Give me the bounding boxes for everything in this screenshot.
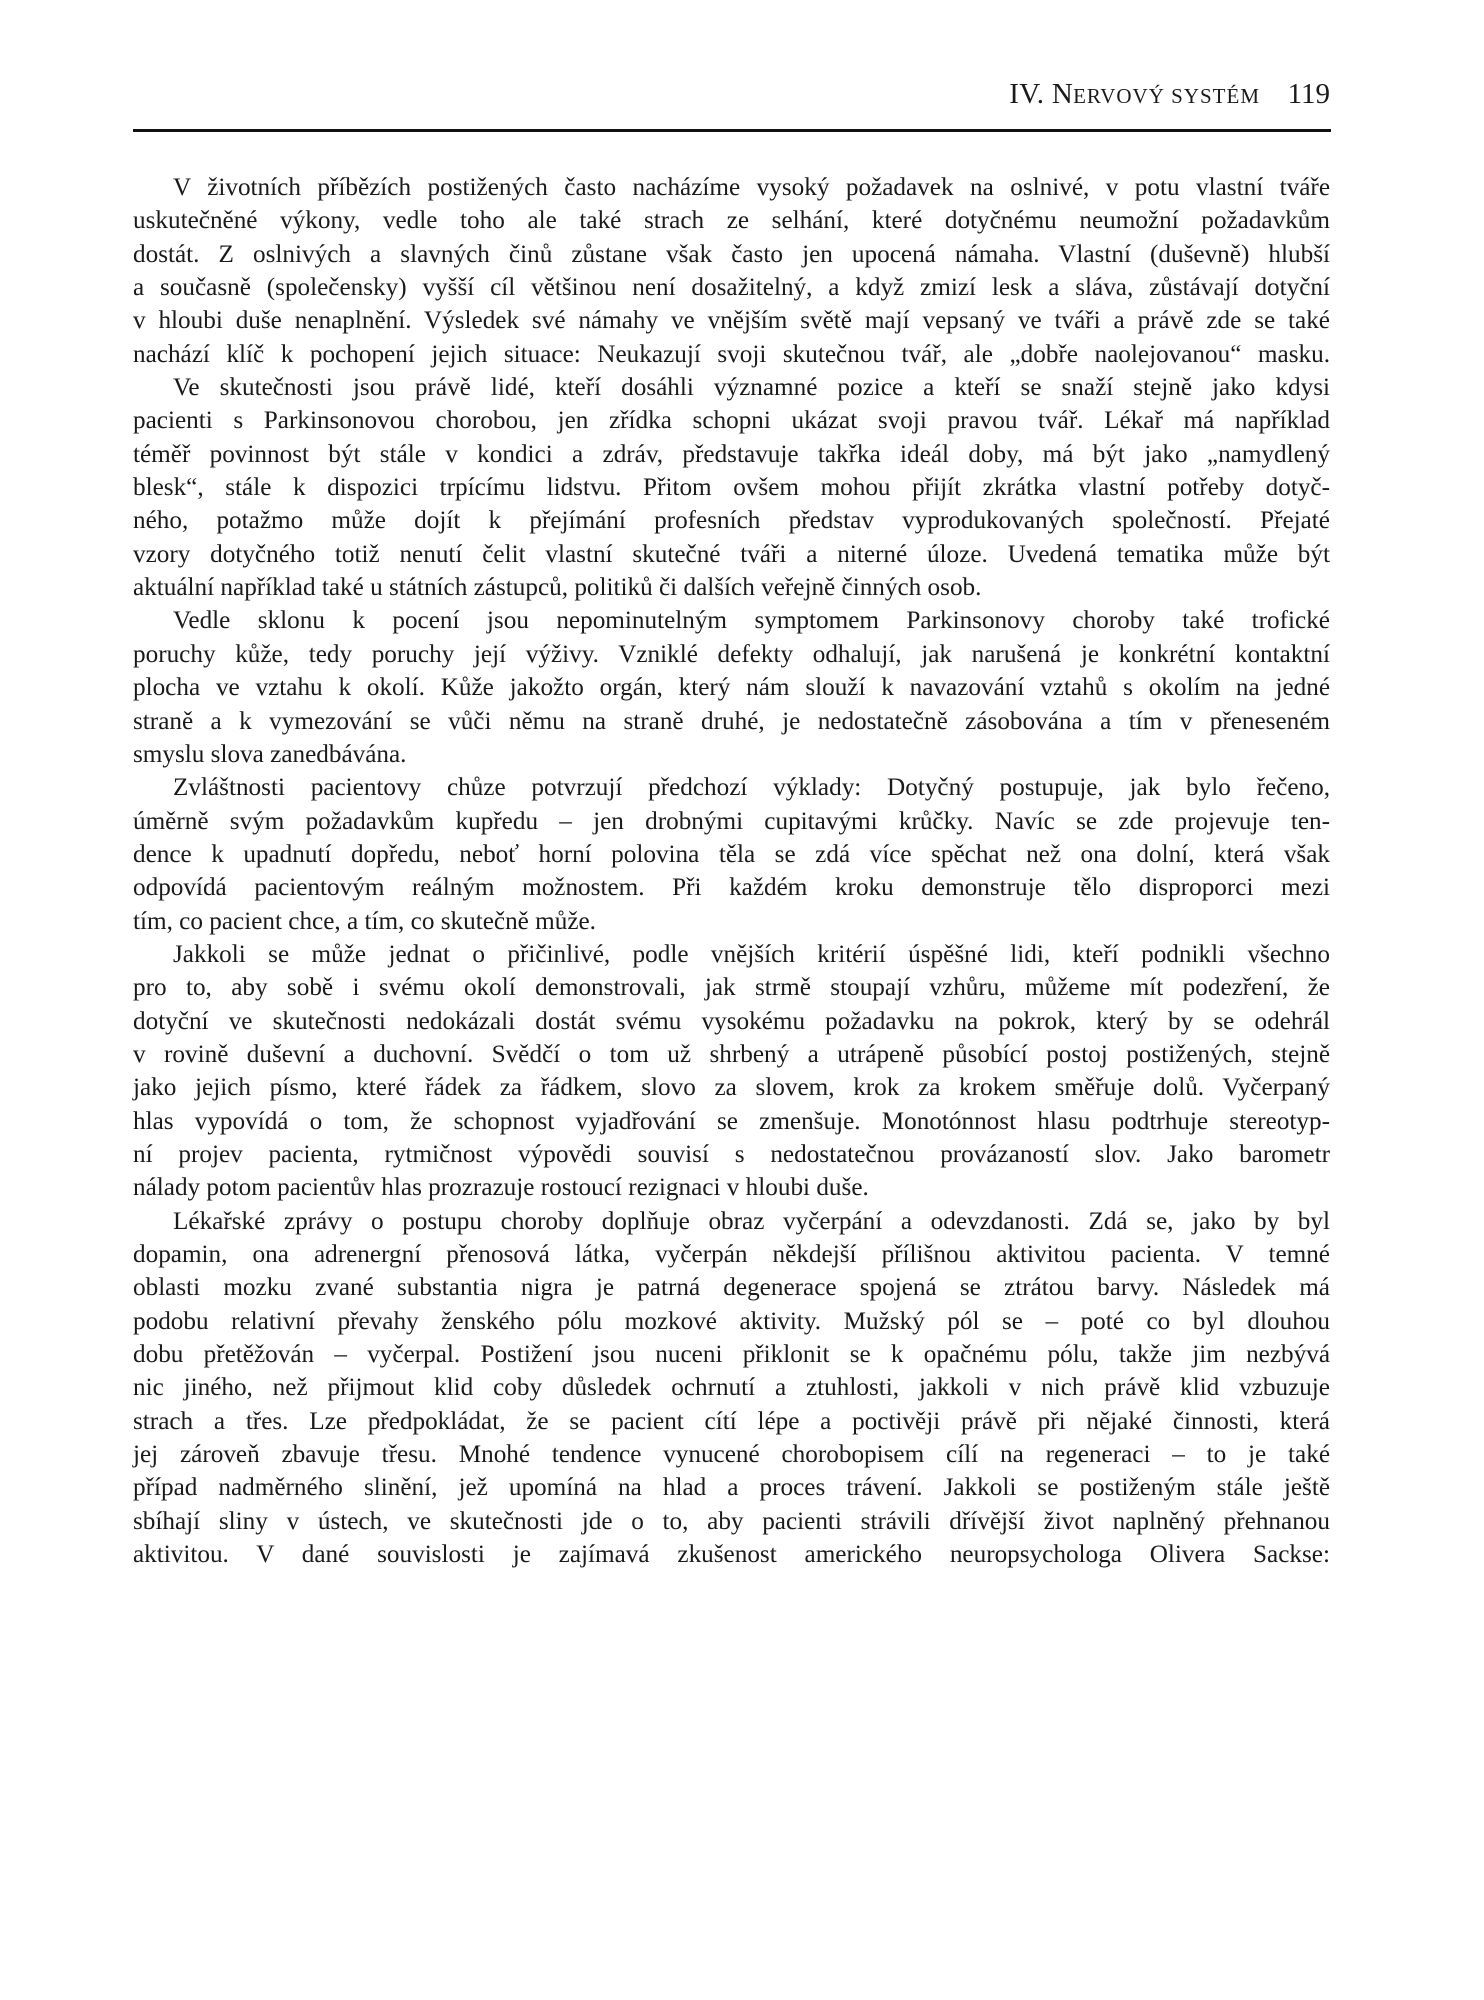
text-line: pro to, aby sobě i svému okolí demonstro… xyxy=(133,971,1330,1004)
text-line: Vedle sklonu k pocení jsou nepominutelný… xyxy=(133,604,1330,637)
body-text: V životních příbězích postižených často … xyxy=(133,171,1330,1571)
text-line: sbíhají sliny v ústech, ve skutečnosti j… xyxy=(133,1505,1330,1538)
text-line: dobu přetěžován – vyčerpal. Postižení js… xyxy=(133,1338,1330,1371)
text-line: v hloubi duše nenaplnění. Výsledek své n… xyxy=(133,304,1330,337)
running-title: IV. NERVOVÝ SYSTÉM xyxy=(1009,78,1260,111)
text-line: případ nadměrného slinění, jež upomíná n… xyxy=(133,1471,1330,1504)
text-line: téměř povinnost být stále v kondici a zd… xyxy=(133,438,1330,471)
paragraph: Ve skutečnosti jsou právě lidé, kteří do… xyxy=(133,371,1330,604)
text-line: hlas vypovídá o tom, že schopnost vyjadř… xyxy=(133,1105,1330,1138)
text-line: vzory dotyčného totiž nenutí čelit vlast… xyxy=(133,538,1330,571)
paragraph: V životních příbězích postižených často … xyxy=(133,171,1330,371)
text-line: straně a k vymezování se vůči němu na st… xyxy=(133,705,1330,738)
text-line: pacienti s Parkinsonovou chorobou, jen z… xyxy=(133,404,1330,437)
text-line: plocha ve vztahu k okolí. Kůže jakožto o… xyxy=(133,671,1330,704)
text-line: dopamin, ona adrenergní přenosová látka,… xyxy=(133,1238,1330,1271)
text-line: dence k upadnutí dopředu, neboť horní po… xyxy=(133,838,1330,871)
text-line: nachází klíč k pochopení jejich situace:… xyxy=(133,338,1330,371)
text-line: Jakkoli se může jednat o přičinlivé, pod… xyxy=(133,938,1330,971)
text-line: oblasti mozku zvané substantia nigra je … xyxy=(133,1271,1330,1304)
text-line: tím, co pacient chce, a tím, co skutečně… xyxy=(133,905,1330,938)
paragraph: Lékařské zprávy o postupu choroby doplňu… xyxy=(133,1205,1330,1572)
text-line: smyslu slova zanedbávána. xyxy=(133,738,1330,771)
text-line: podobu relativní převahy ženského pólu m… xyxy=(133,1305,1330,1338)
paragraph: Vedle sklonu k pocení jsou nepominutelný… xyxy=(133,604,1330,771)
text-line: dotyční ve skutečnosti nedokázali dostát… xyxy=(133,1005,1330,1038)
text-line: aktuální například také u státních zástu… xyxy=(133,571,1330,604)
text-line: ného, potažmo může dojít k přejímání pro… xyxy=(133,504,1330,537)
text-line: dostát. Z oslnivých a slavných činů zůst… xyxy=(133,238,1330,271)
text-line: V životních příbězích postižených často … xyxy=(133,171,1330,204)
page-header: IV. NERVOVÝ SYSTÉM 119 xyxy=(133,78,1330,118)
text-line: v rovině duševní a duchovní. Svědčí o to… xyxy=(133,1038,1330,1071)
text-line: uskutečněné výkony, vedle toho ale také … xyxy=(133,204,1330,237)
text-line: Zvláštnosti pacientovy chůze potvrzují p… xyxy=(133,771,1330,804)
text-line: a současně (společensky) vyšší cíl větši… xyxy=(133,271,1330,304)
text-line: poruchy kůže, tedy poruchy její výživy. … xyxy=(133,638,1330,671)
paragraph: Jakkoli se může jednat o přičinlivé, pod… xyxy=(133,938,1330,1205)
text-line: blesk“, stále k dispozici trpícímu lidst… xyxy=(133,471,1330,504)
text-line: Lékařské zprávy o postupu choroby doplňu… xyxy=(133,1205,1330,1238)
text-line: Ve skutečnosti jsou právě lidé, kteří do… xyxy=(133,371,1330,404)
paragraph: Zvláštnosti pacientovy chůze potvrzují p… xyxy=(133,771,1330,938)
text-line: odpovídá pacientovým reálným možnostem. … xyxy=(133,871,1330,904)
text-line: aktivitou. V dané souvislosti je zajímav… xyxy=(133,1538,1330,1571)
text-line: ní projev pacienta, rytmičnost výpovědi … xyxy=(133,1138,1330,1171)
text-line: nálady potom pacientův hlas prozrazuje r… xyxy=(133,1171,1330,1204)
text-line: úměrně svým požadavkům kupředu – jen dro… xyxy=(133,805,1330,838)
text-line: jej zároveň zbavuje třesu. Mnohé tendenc… xyxy=(133,1438,1330,1471)
header-rule xyxy=(133,129,1331,132)
text-line: strach a třes. Lze předpokládat, že se p… xyxy=(133,1405,1330,1438)
text-line: jako jejich písmo, které řádek za řádkem… xyxy=(133,1071,1330,1104)
text-line: nic jiného, než přijmout klid coby důsle… xyxy=(133,1371,1330,1404)
page-number: 119 xyxy=(1288,78,1330,111)
